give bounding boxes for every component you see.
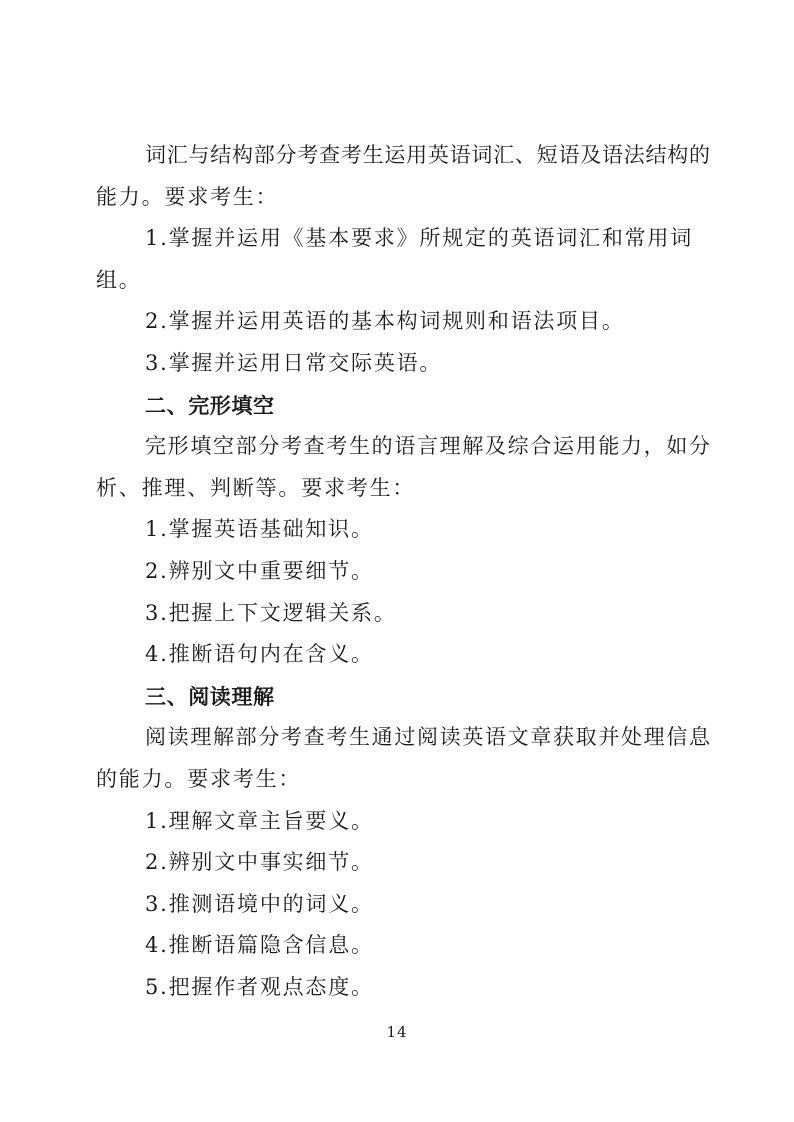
document-body: 词汇与结构部分考查考生运用英语词汇、短语及语法结构的 能力。要求考生： 1.掌握… xyxy=(96,135,710,1008)
list-item: 3.推测语境中的词义。 xyxy=(96,884,710,926)
paragraph-line: 词汇与结构部分考查考生运用英语词汇、短语及语法结构的 xyxy=(96,135,710,177)
paragraph-line: 完形填空部分考查考生的语言理解及综合运用能力，如分 xyxy=(96,426,710,468)
paragraph-line: 的能力。要求考生： xyxy=(96,759,710,801)
list-item: 1.掌握英语基础知识。 xyxy=(96,509,710,551)
list-item: 2.辨别文中重要细节。 xyxy=(96,551,710,593)
list-item: 3.掌握并运用日常交际英语。 xyxy=(96,343,710,385)
list-item: 5.把握作者观点态度。 xyxy=(96,967,710,1009)
paragraph-line: 能力。要求考生： xyxy=(96,177,710,219)
list-item: 3.把握上下文逻辑关系。 xyxy=(96,593,710,635)
section-reading-comprehension: 三、阅读理解 阅读理解部分考查考生通过阅读英语文章获取并处理信息 的能力。要求考… xyxy=(96,676,710,1009)
section-heading: 三、阅读理解 xyxy=(96,676,710,718)
list-item: 2.掌握并运用英语的基本构词规则和语法项目。 xyxy=(96,301,710,343)
paragraph-line: 析、推理、判断等。要求考生： xyxy=(96,468,710,510)
list-item: 1.掌握并运用《基本要求》所规定的英语词汇和常用词组。 xyxy=(96,218,710,301)
paragraph-line: 阅读理解部分考查考生通过阅读英语文章获取并处理信息 xyxy=(96,717,710,759)
section-vocabulary-and-structure: 词汇与结构部分考查考生运用英语词汇、短语及语法结构的 能力。要求考生： 1.掌握… xyxy=(96,135,710,385)
list-item: 4.推断语句内在含义。 xyxy=(96,634,710,676)
section-cloze: 二、完形填空 完形填空部分考查考生的语言理解及综合运用能力，如分 析、推理、判断… xyxy=(96,385,710,676)
list-item: 4.推断语篇隐含信息。 xyxy=(96,925,710,967)
section-heading: 二、完形填空 xyxy=(96,385,710,427)
list-item: 1.理解文章主旨要义。 xyxy=(96,801,710,843)
page-number: 14 xyxy=(0,1022,794,1042)
document-page: 词汇与结构部分考查考生运用英语词汇、短语及语法结构的 能力。要求考生： 1.掌握… xyxy=(0,0,794,1122)
list-item: 2.辨别文中事实细节。 xyxy=(96,842,710,884)
